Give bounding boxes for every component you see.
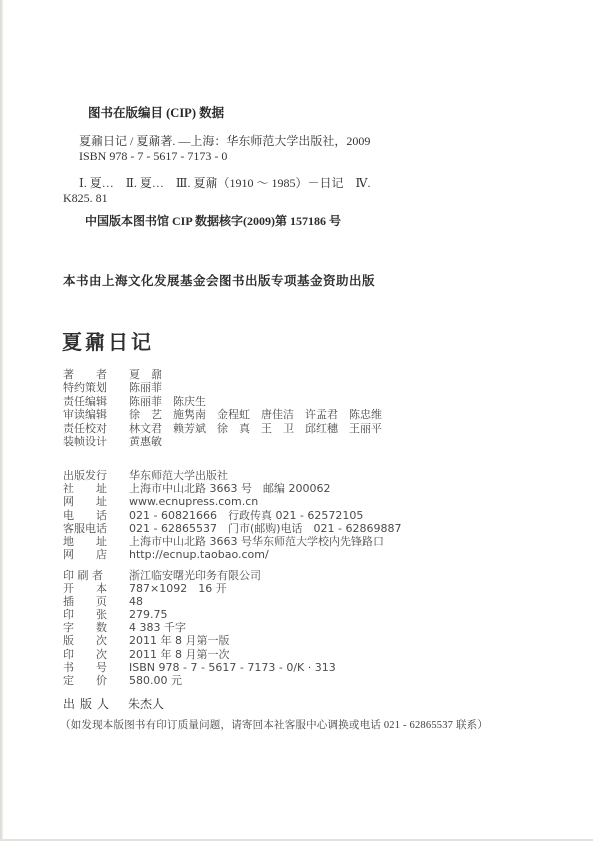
credit-label: 审读编辑 xyxy=(63,408,116,421)
credit-value: 黄惠敏 xyxy=(129,435,162,448)
printing-label: 插 页 xyxy=(63,595,116,608)
cip-data-block: 图书在版编目 (CIP) 数据 夏鼐日记 / 夏鼐著. —上海：华东师范大学出版… xyxy=(63,103,493,229)
printing-row-sheets: 印 张 279.75 xyxy=(63,608,543,621)
credits-block: 著 者 夏 鼐 特约策划 陈丽菲 责任编辑 陈丽菲 陈庆生 审读编辑 徐 艺 施… xyxy=(63,368,543,448)
printing-label: 印 张 xyxy=(63,608,116,621)
publisher-row-store: 网 店 http://ecnup.taobao.com/ xyxy=(63,548,543,561)
cip-class-code: K825. 81 xyxy=(63,191,493,206)
credit-label: 责任校对 xyxy=(63,422,116,435)
publisher-label: 网 址 xyxy=(63,495,116,508)
publisher-label: 社 址 xyxy=(63,482,116,495)
credit-value: 林文君 赖芳斌 徐 真 王 卫 邱红穗 王丽平 xyxy=(129,422,382,435)
printing-value: 2011 年 8 月第一版 xyxy=(129,634,229,647)
publisher-person-row: 出 版 人 朱杰人 xyxy=(63,695,463,712)
publisher-person-value: 朱杰人 xyxy=(128,695,164,712)
printing-row-format: 开 本 787×1092 16 开 xyxy=(63,582,543,595)
publisher-row-phone: 电 话 021 - 60821666 行政传真 021 - 62572105 xyxy=(63,509,543,522)
credit-label: 著 者 xyxy=(63,368,116,381)
cip-record-number: 中国版本图书馆 CIP 数据核字(2009)第 157186 号 xyxy=(63,212,493,229)
publisher-row-location: 地 址 上海市中山北路 3663 号华东师范大学校内先锋路口 xyxy=(63,535,543,548)
printing-value: 浙江临安曙光印务有限公司 xyxy=(129,569,261,582)
printing-row-edition: 版 次 2011 年 8 月第一版 xyxy=(63,634,543,647)
quality-note: （如发现本版图书有印订质量问题，请寄回本社客服中心调换或电话 021 - 628… xyxy=(60,717,560,732)
cip-classification-line: Ⅰ. 夏… Ⅱ. 夏… Ⅲ. 夏鼐（1910 ～ 1985）－日记 Ⅳ. xyxy=(63,176,493,191)
cip-title-line: 夏鼐日记 / 夏鼐著. —上海：华东师范大学出版社，2009 xyxy=(79,134,493,149)
publisher-label: 电 话 xyxy=(63,509,116,522)
printing-label: 开 本 xyxy=(63,582,116,595)
credit-label: 责任编辑 xyxy=(63,395,116,408)
printing-label: 印 刷 者 xyxy=(63,569,116,582)
publisher-label: 出版发行 xyxy=(63,469,116,482)
publisher-value: 021 - 62865537 门市(邮购)电话 021 - 62869887 xyxy=(129,522,401,535)
publisher-value: www.ecnupress.com.cn xyxy=(129,495,258,508)
printing-value: 787×1092 16 开 xyxy=(129,582,227,595)
credit-value: 陈丽菲 xyxy=(129,381,162,394)
printing-value: 2011 年 8 月第一次 xyxy=(129,648,229,661)
printing-label: 印 次 xyxy=(63,648,116,661)
printing-label: 版 次 xyxy=(63,634,116,647)
publisher-block: 出版发行 华东师范大学出版社 社 址 上海市中山北路 3663 号 邮编 200… xyxy=(63,469,543,561)
cip-description: 夏鼐日记 / 夏鼐著. —上海：华东师范大学出版社，2009 ISBN 978 … xyxy=(63,134,493,164)
publisher-value: 上海市中山北路 3663 号 邮编 200062 xyxy=(129,482,330,495)
printing-label: 定 价 xyxy=(63,674,116,687)
printing-row-impression: 印 次 2011 年 8 月第一次 xyxy=(63,648,543,661)
book-title: 夏鼐日记 xyxy=(62,326,154,355)
publisher-row-address: 社 址 上海市中山北路 3663 号 邮编 200062 xyxy=(63,482,543,495)
credit-value: 陈丽菲 陈庆生 xyxy=(129,395,206,408)
credit-label: 特约策划 xyxy=(63,381,116,394)
publisher-label: 客服电话 xyxy=(63,522,116,535)
credits-row-review-editors: 审读编辑 徐 艺 施隽南 金程虹 唐佳洁 许孟君 陈忠维 xyxy=(63,408,543,421)
printing-label: 字 数 xyxy=(63,621,116,634)
printing-value: ISBN 978 - 7 - 5617 - 7173 - 0/K · 313 xyxy=(129,661,336,674)
printing-row-inserts: 插 页 48 xyxy=(63,595,543,608)
publisher-value: http://ecnup.taobao.com/ xyxy=(129,548,269,561)
publisher-row-website: 网 址 www.ecnupress.com.cn xyxy=(63,495,543,508)
publisher-label: 网 店 xyxy=(63,548,116,561)
printing-row-book-number: 书 号 ISBN 978 - 7 - 5617 - 7173 - 0/K · 3… xyxy=(63,661,543,674)
printing-block: 印 刷 者 浙江临安曙光印务有限公司 开 本 787×1092 16 开 插 页… xyxy=(63,569,543,687)
credits-row-designer: 装帧设计 黄惠敏 xyxy=(63,435,543,448)
credits-row-planner: 特约策划 陈丽菲 xyxy=(63,381,543,394)
credit-label: 装帧设计 xyxy=(63,435,116,448)
publisher-person-label: 出 版 人 xyxy=(63,695,116,712)
publisher-value: 021 - 60821666 行政传真 021 - 62572105 xyxy=(129,509,363,522)
printing-value: 48 xyxy=(129,595,143,608)
funding-note: 本书由上海文化发展基金会图书出版专项基金资助出版 xyxy=(63,271,375,289)
printing-row-wordcount: 字 数 4 383 千字 xyxy=(63,621,543,634)
credits-row-proofreaders: 责任校对 林文君 赖芳斌 徐 真 王 卫 邱红穗 王丽平 xyxy=(63,422,543,435)
printing-row-printer: 印 刷 者 浙江临安曙光印务有限公司 xyxy=(63,569,543,582)
printing-row-price: 定 价 580.00 元 xyxy=(63,674,543,687)
credits-row-editor: 责任编辑 陈丽菲 陈庆生 xyxy=(63,395,543,408)
credit-value: 徐 艺 施隽南 金程虹 唐佳洁 许孟君 陈忠维 xyxy=(129,408,382,421)
publisher-row-name: 出版发行 华东师范大学出版社 xyxy=(63,469,543,482)
credits-row-author: 著 者 夏 鼐 xyxy=(63,368,543,381)
copyright-page: { "cip": { "header": "图书在版编目 (CIP) 数据", … xyxy=(0,0,593,841)
cip-header: 图书在版编目 (CIP) 数据 xyxy=(63,103,493,121)
publisher-value: 华东师范大学出版社 xyxy=(129,469,228,482)
cip-isbn-line: ISBN 978 - 7 - 5617 - 7173 - 0 xyxy=(79,149,493,164)
publisher-row-service-phone: 客服电话 021 - 62865537 门市(邮购)电话 021 - 62869… xyxy=(63,522,543,535)
credit-value: 夏 鼐 xyxy=(129,368,162,381)
printing-value: 580.00 元 xyxy=(129,674,182,687)
page-left-edge-shadow xyxy=(0,0,3,841)
printing-value: 4 383 千字 xyxy=(129,621,186,634)
printing-value: 279.75 xyxy=(129,608,168,621)
publisher-value: 上海市中山北路 3663 号华东师范大学校内先锋路口 xyxy=(129,535,384,548)
publisher-label: 地 址 xyxy=(63,535,116,548)
printing-label: 书 号 xyxy=(63,661,116,674)
